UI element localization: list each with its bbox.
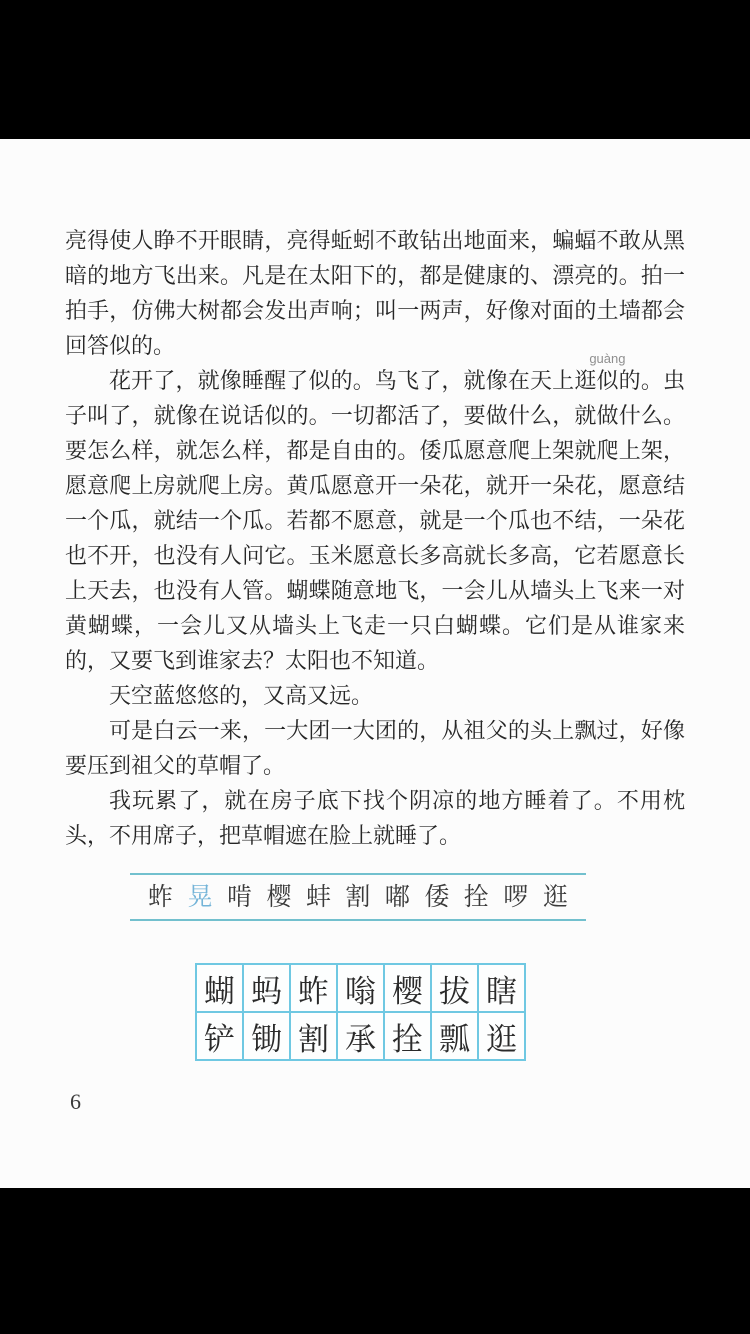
new-character: 蚌 <box>306 885 331 910</box>
recognition-strip: 蚱晃啃樱蚌割嘟倭拴啰逛 <box>130 873 586 921</box>
grid-cell: 铲 <box>196 1012 243 1060</box>
grid-cell: 蝴 <box>196 964 243 1012</box>
paragraph: 可是白云一来，一大团一大团的，从祖父的头上飘过，好像要压到祖父的草帽了。 <box>65 713 685 783</box>
book-page[interactable]: 亮得使人睁不开眼睛，亮得蚯蚓不敢钻出地面来，蝙蝠不敢从黑暗的地方飞出来。凡是在太… <box>0 139 750 1188</box>
grid-cell: 逛 <box>478 1012 525 1060</box>
reader-screen: 亮得使人睁不开眼睛，亮得蚯蚓不敢钻出地面来，蝙蝠不敢从黑暗的地方飞出来。凡是在太… <box>0 0 750 1334</box>
grid-row: 铲锄割承拴瓢逛 <box>196 1012 525 1060</box>
grid-cell: 蚱 <box>290 964 337 1012</box>
paragraph: 天空蓝悠悠的，又高又远。 <box>65 678 685 713</box>
new-character: 蚱 <box>148 885 173 910</box>
lesson-text: 亮得使人睁不开眼睛，亮得蚯蚓不敢钻出地面来，蝙蝠不敢从黑暗的地方飞出来。凡是在太… <box>65 223 685 853</box>
paragraph: 我玩累了，就在房子底下找个阴凉的地方睡着了。不用枕头，不用席子，把草帽遮在脸上就… <box>65 783 685 853</box>
page-number: 6 <box>70 1089 81 1115</box>
new-character: 倭 <box>424 885 449 910</box>
grid-cell: 瞎 <box>478 964 525 1012</box>
paragraph: 花开了，就像睡醒了似的。鸟飞了，就像在天上guàng逛似的。虫子叫了，就像在说话… <box>65 363 685 678</box>
grid-cell: 拴 <box>384 1012 431 1060</box>
new-character: 晃 <box>187 885 212 910</box>
grid-cell: 蚂 <box>243 964 290 1012</box>
grid-cell: 嗡 <box>337 964 384 1012</box>
new-character: 啃 <box>227 885 252 910</box>
grid-cell: 拔 <box>431 964 478 1012</box>
new-character: 逛 <box>543 885 568 910</box>
grid-cell: 锄 <box>243 1012 290 1060</box>
grid-cell: 割 <box>290 1012 337 1060</box>
new-character: 拴 <box>464 885 489 910</box>
paragraph: 亮得使人睁不开眼睛，亮得蚯蚓不敢钻出地面来，蝙蝠不敢从黑暗的地方飞出来。凡是在太… <box>65 223 685 363</box>
grid-cell: 樱 <box>384 964 431 1012</box>
new-character: 割 <box>345 885 370 910</box>
pinyin-annotation: guàng <box>545 352 625 365</box>
grid-cell: 承 <box>337 1012 384 1060</box>
new-character: 嘟 <box>385 885 410 910</box>
annotated-char: guàng逛 <box>574 368 596 393</box>
recognition-strip-chars: 蚱晃啃樱蚌割嘟倭拴啰逛 <box>130 875 586 919</box>
grid-cell: 瓢 <box>431 1012 478 1060</box>
new-character: 樱 <box>266 885 291 910</box>
grid-row: 蝴蚂蚱嗡樱拔瞎 <box>196 964 525 1012</box>
new-character: 啰 <box>503 885 528 910</box>
writing-grid: 蝴蚂蚱嗡樱拔瞎铲锄割承拴瓢逛 <box>195 963 526 1061</box>
